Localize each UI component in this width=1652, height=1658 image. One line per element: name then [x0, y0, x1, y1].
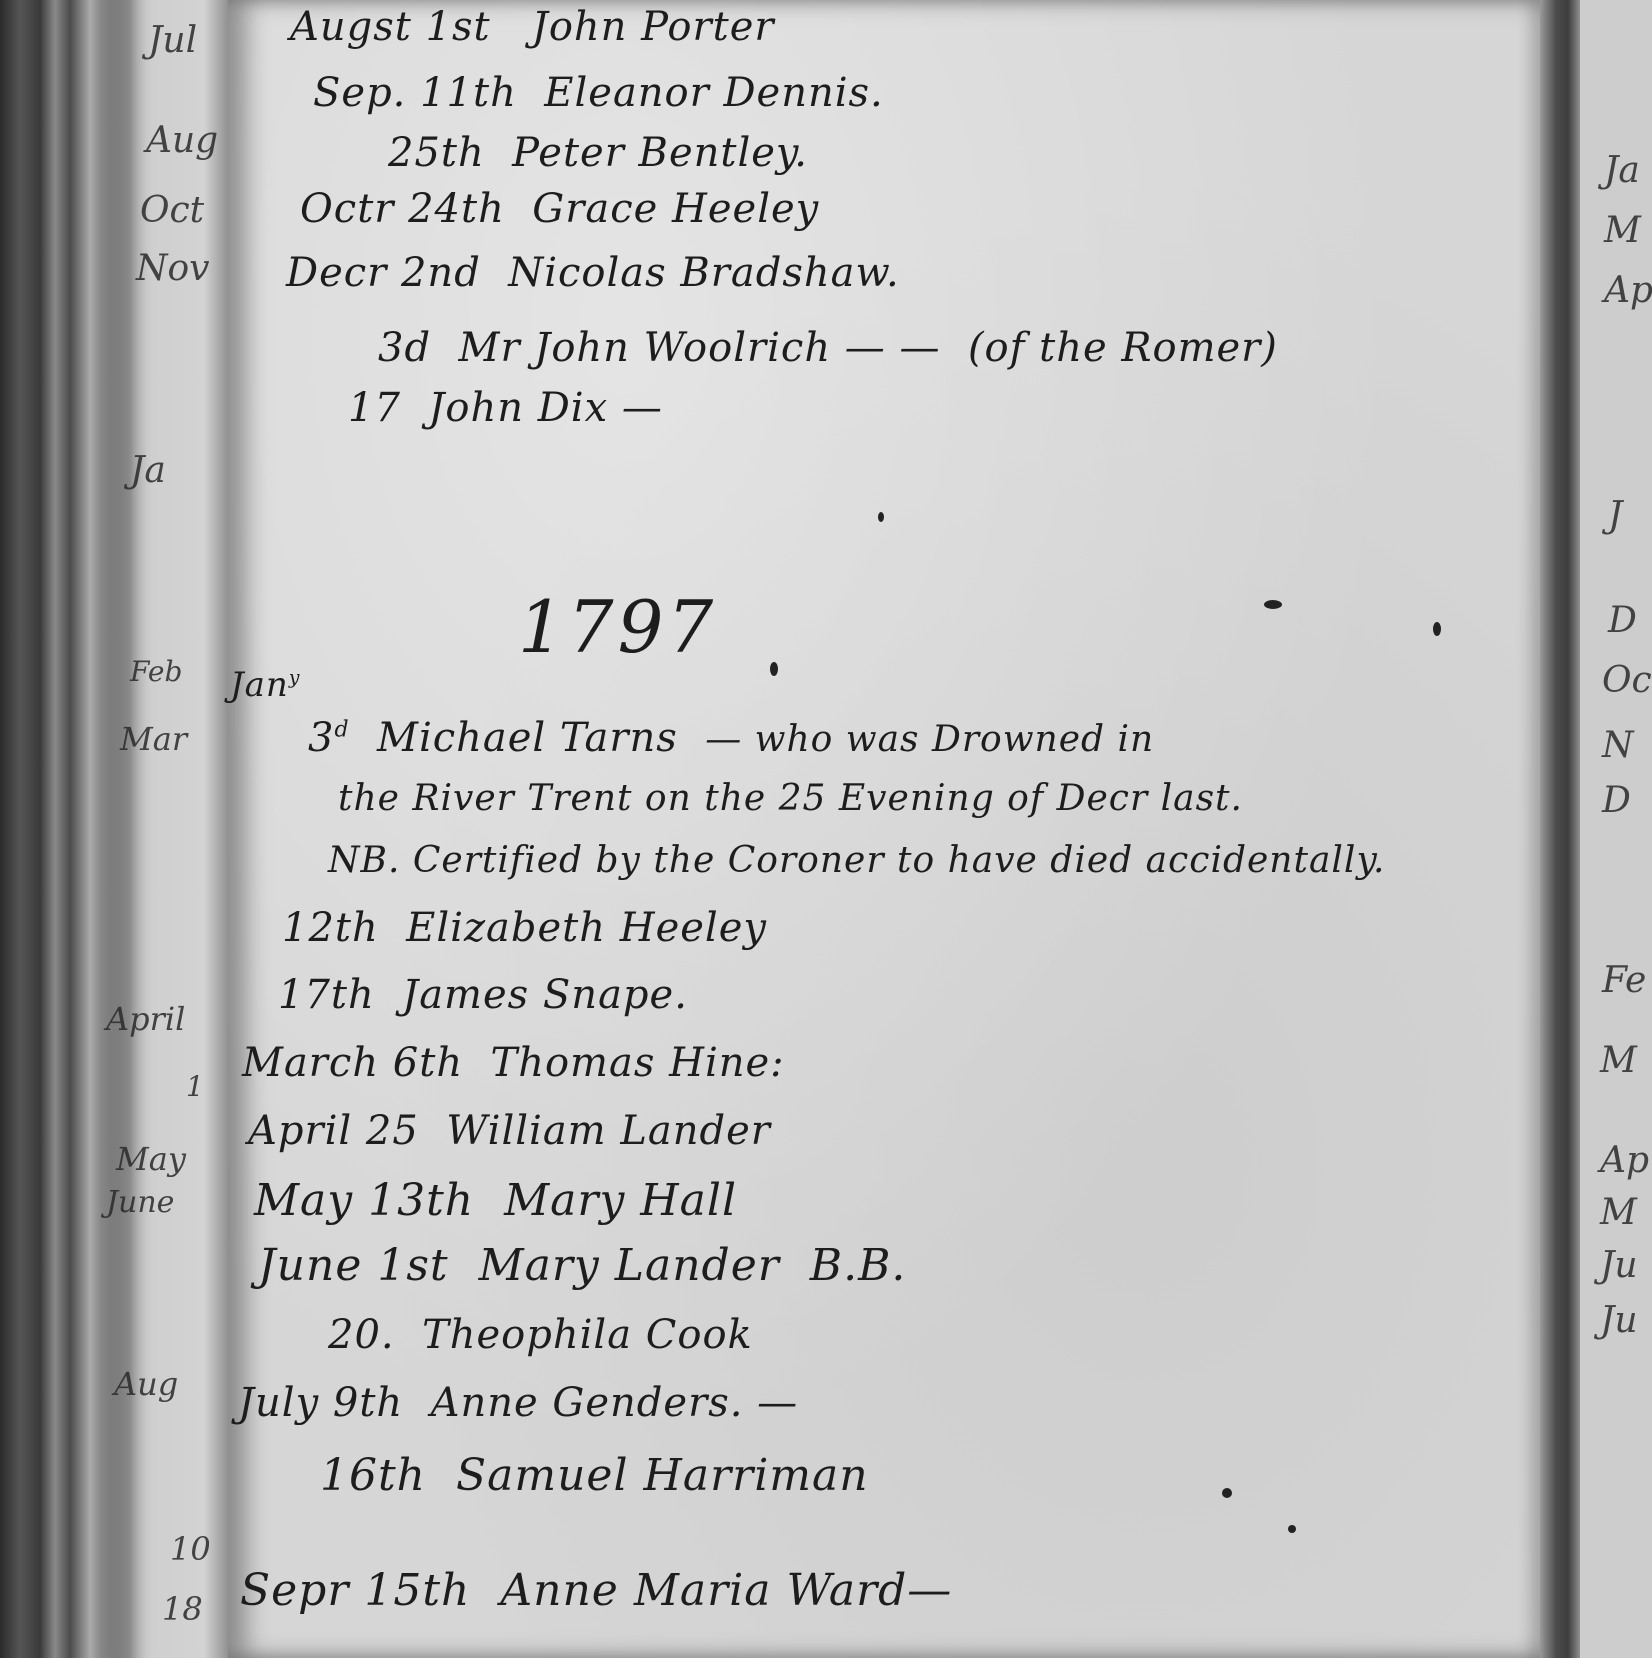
ink-spot: [1433, 622, 1441, 636]
margin-fragment: Jul: [148, 20, 197, 61]
margin-fragment: Ja: [1604, 150, 1640, 191]
entry-name: William Lander: [446, 1108, 771, 1154]
register-entry: June 1st Mary Lander B.B.: [258, 1240, 906, 1291]
register-entry: Sep. 11th Eleanor Dennis.: [313, 70, 884, 116]
entry-date: 3d: [378, 325, 431, 371]
entry-note: B.B.: [810, 1240, 907, 1291]
ink-spot: [1264, 600, 1282, 609]
register-entry: 16th Samuel Harriman: [320, 1450, 869, 1501]
entry-date: Decr 2nd: [286, 250, 481, 296]
margin-fragment: May: [116, 1140, 186, 1178]
margin-fragment: 10: [170, 1530, 211, 1568]
entry-name: John Dix: [428, 385, 608, 431]
entry-name: Grace Heeley: [532, 186, 819, 232]
entry-date: April 25: [248, 1108, 419, 1154]
entry-date: May 13th: [254, 1175, 474, 1226]
entry-note: — who was Drowned in: [705, 719, 1154, 760]
margin-fragment: Oct: [140, 190, 204, 231]
entry-name: Theophila Cook: [422, 1312, 753, 1358]
entry-name: James Snape.: [402, 972, 688, 1018]
entry-name: Mary Lander: [479, 1240, 780, 1291]
entry-name: Mary Hall: [504, 1175, 737, 1226]
register-page: Augst 1st John Porter Sep. 11th Eleanor …: [228, 0, 1540, 1658]
entry-name: Anne Genders.: [431, 1380, 744, 1426]
register-entry: April 25 William Lander: [248, 1108, 771, 1154]
margin-fragment: Fe: [1602, 960, 1646, 1001]
register-entry: 12th Elizabeth Heeley: [282, 905, 767, 951]
entry-name: Michael Tarns: [377, 715, 678, 761]
margin-fragment: Nov: [136, 248, 210, 289]
entry-date: 16th: [320, 1450, 426, 1501]
margin-fragment: 18: [162, 1590, 203, 1628]
register-entry: 20. Theophila Cook: [328, 1312, 753, 1358]
entry-name: Elizabeth Heeley: [406, 905, 767, 951]
year-heading: 1797: [518, 585, 717, 669]
entry-note: (of the Romer): [968, 325, 1278, 371]
register-entry: Sepr 15th Anne Maria Ward—: [240, 1565, 952, 1616]
register-entry: 3d Mr John Woolrich — — (of the Romer): [378, 325, 1278, 371]
entry-date: Sep. 11th: [313, 70, 517, 116]
register-entry: March 6th Thomas Hine:: [242, 1040, 785, 1086]
entry-date: Augst 1st: [290, 4, 491, 50]
entry-date: 20.: [328, 1312, 395, 1358]
entry-name: Samuel Harriman: [456, 1450, 869, 1501]
register-entry: May 13th Mary Hall: [254, 1175, 737, 1226]
margin-fragment: M: [1604, 210, 1641, 251]
margin-fragment: June: [106, 1185, 174, 1220]
margin-fragment: D: [1602, 780, 1631, 821]
ink-spot: [878, 512, 884, 522]
register-entry: 17th James Snape.: [278, 972, 688, 1018]
entry-note-line: NB. Certified by the Coroner to have die…: [328, 840, 1385, 881]
margin-fragment: Ju: [1600, 1245, 1638, 1286]
entry-note-line: the River Trent on the 25 Evening of Dec…: [338, 778, 1243, 819]
entry-name: Peter Bentley.: [512, 130, 808, 176]
entry-date: July 9th: [238, 1380, 403, 1426]
register-entry: July 9th Anne Genders. —: [238, 1380, 798, 1426]
entry-date: 17: [348, 385, 401, 431]
register-entry: Octr 24th Grace Heeley: [300, 186, 819, 232]
right-page-edge: Ja M Ap J D Oc N D Fe M Ap M Ju Ju: [1580, 0, 1652, 1658]
ink-spot: [770, 662, 778, 676]
entry-name: Anne Maria Ward: [500, 1565, 907, 1616]
margin-fragment: Ap: [1604, 270, 1652, 311]
entry-name: John Porter: [532, 4, 775, 50]
margin-fragment: Oc: [1602, 660, 1652, 701]
margin-fragment: J: [1608, 495, 1622, 536]
entry-date: 25th: [388, 130, 485, 176]
margin-fragment: Feb: [130, 655, 182, 688]
entry-date: 17th: [278, 972, 375, 1018]
register-entry: 25th Peter Bentley.: [388, 130, 808, 176]
entry-date: March 6th: [242, 1040, 463, 1086]
register-entry: Augst 1st John Porter: [290, 4, 775, 50]
entry-name: Eleanor Dennis.: [544, 70, 884, 116]
margin-fragment: D: [1608, 600, 1637, 641]
ink-spot: [1222, 1488, 1232, 1498]
margin-fragment: N: [1602, 725, 1634, 766]
margin-fragment: Aug: [146, 120, 218, 161]
register-entry: 17 John Dix —: [348, 385, 663, 431]
register-entry: 3d Michael Tarns — who was Drowned in: [308, 715, 1154, 761]
margin-fragment: Ju: [1600, 1300, 1638, 1341]
margin-fragment: Ja: [130, 450, 166, 491]
left-page-edge: Jul Aug Oct Nov Ja Feb Mar April 1 May J…: [100, 0, 230, 1658]
entry-name: Thomas Hine:: [491, 1040, 785, 1086]
register-entry: Decr 2nd Nicolas Bradshaw.: [286, 250, 900, 296]
margin-fragment: Aug: [114, 1365, 178, 1403]
ink-spot: [1288, 1525, 1296, 1533]
entry-date: 12th: [282, 905, 379, 951]
margin-fragment: M: [1600, 1192, 1637, 1233]
margin-fragment: Ap: [1600, 1140, 1649, 1181]
entry-name: Mr John Woolrich: [459, 325, 832, 371]
entry-date: Sepr 15th: [240, 1565, 470, 1616]
margin-fragment: M: [1600, 1040, 1637, 1081]
margin-fragment: Mar: [120, 720, 187, 758]
entry-name: Nicolas Bradshaw.: [508, 250, 899, 296]
month-label: Jany: [230, 665, 300, 705]
margin-fragment: 1: [186, 1070, 204, 1103]
margin-fragment: April: [106, 1000, 185, 1038]
entry-date: June 1st: [258, 1240, 449, 1291]
entry-date: Octr 24th: [300, 186, 505, 232]
book-gutter: [1540, 0, 1580, 1658]
